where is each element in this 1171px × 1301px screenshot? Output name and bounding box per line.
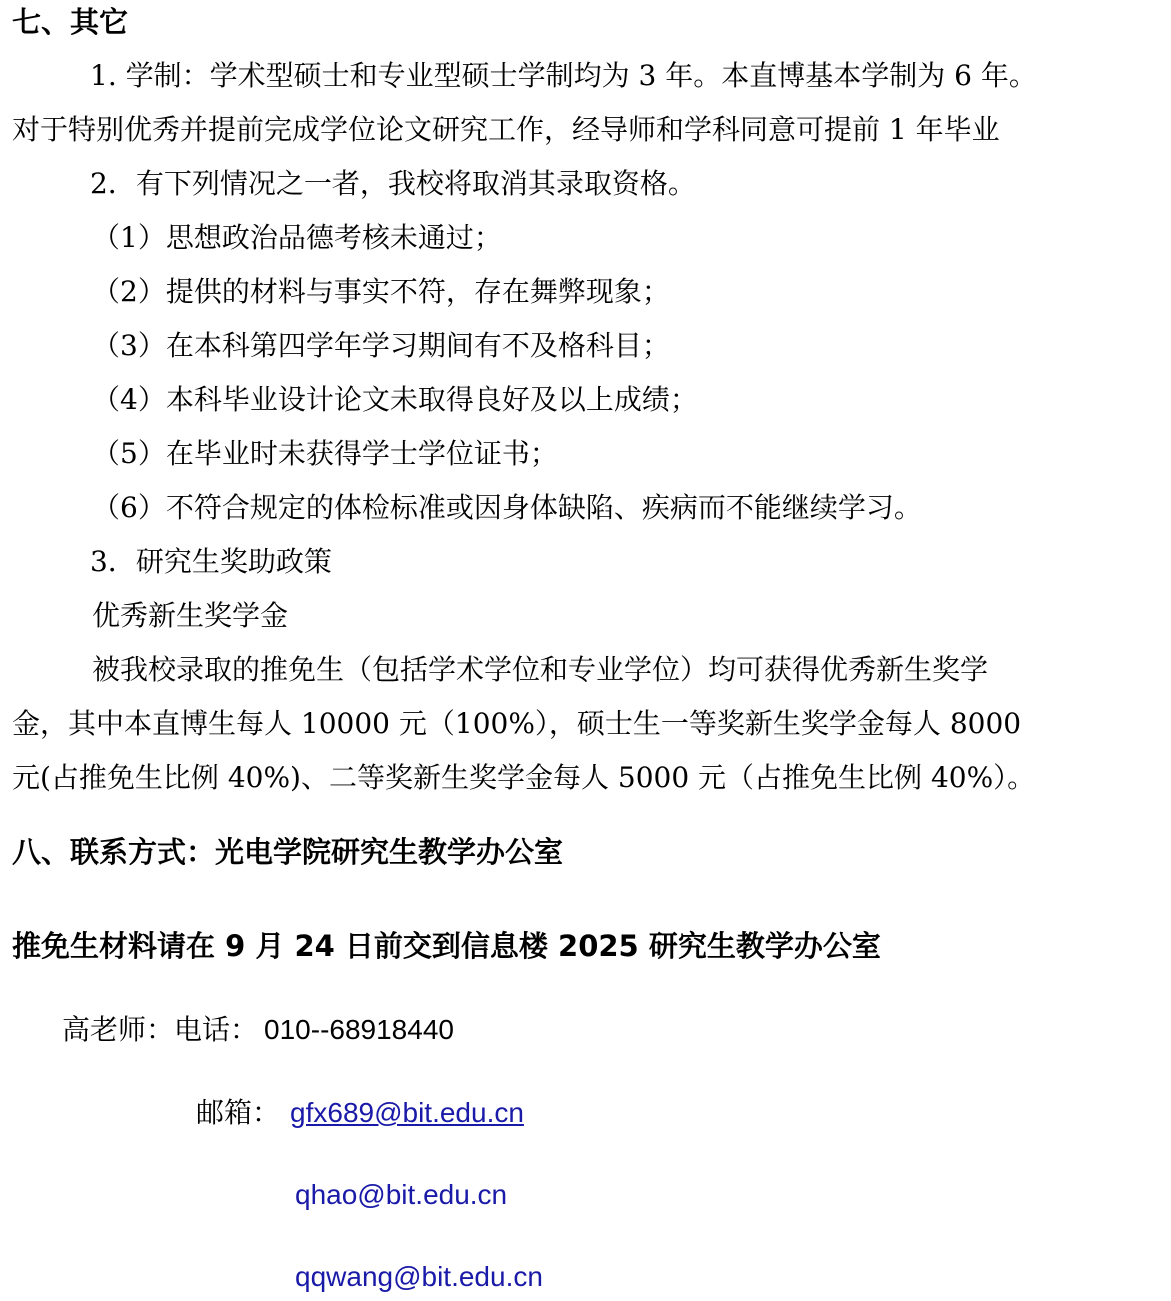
- item-1-line-1: 1. 学制：学术型硕士和专业型硕士学制均为 3 年。本直博基本学制为 6 年。: [90, 56, 1037, 96]
- item-3-title: 3．研究生奖助政策: [90, 542, 332, 582]
- contact-email-row: 邮箱：gfx689@bit.edu.cn: [196, 1093, 524, 1133]
- condition-1: （1）思想政治品德考核未通过；: [92, 218, 502, 258]
- scholarship-para-line-1: 被我校录取的推免生（包括学术学位和专业学位）均可获得优秀新生奖学: [92, 650, 988, 690]
- item-2-title: 2．有下列情况之一者，我校将取消其录取资格。: [90, 164, 696, 204]
- scholarship-para-line-3: 元(占推免生比例 40%)、二等奖新生奖学金每人 5000 元（占推免生比例 4…: [12, 758, 1035, 798]
- condition-2: （2）提供的材料与事实不符，存在舞弊现象；: [92, 272, 670, 312]
- submission-notice: 推免生材料请在 9 月 24 日前交到信息楼 2025 研究生教学办公室: [12, 926, 881, 966]
- email-row-3: qqwang@bit.edu.cn: [295, 1257, 543, 1297]
- email-row-2: qhao@bit.edu.cn: [295, 1175, 507, 1215]
- item-3-subtitle: 优秀新生奖学金: [92, 596, 288, 636]
- section-8-heading: 八、联系方式：光电学院研究生教学办公室: [12, 832, 563, 872]
- condition-3: （3）在本科第四学年学习期间有不及格科目；: [92, 326, 670, 366]
- condition-4: （4）本科毕业设计论文未取得良好及以上成绩；: [92, 380, 698, 420]
- condition-5: （5）在毕业时未获得学士学位证书；: [92, 434, 558, 474]
- phone-label: 电话：: [174, 1013, 258, 1046]
- email-label: 邮箱：: [196, 1096, 280, 1129]
- scholarship-para-line-2: 金，其中本直博生每人 10000 元（100%），硕士生一等奖新生奖学金每人 8…: [12, 704, 1021, 744]
- section-7-heading: 七、其它: [12, 2, 128, 42]
- email-link-qhao[interactable]: qhao@bit.edu.cn: [295, 1179, 507, 1210]
- email-link-gfx689[interactable]: gfx689@bit.edu.cn: [290, 1097, 524, 1128]
- email-link-qqwang[interactable]: qqwang@bit.edu.cn: [295, 1261, 543, 1292]
- contact-phone-row: 高老师：电话：010--68918440: [62, 1010, 454, 1050]
- phone-number: 010--68918440: [264, 1014, 454, 1045]
- condition-6: （6）不符合规定的体检标准或因身体缺陷、疾病而不能继续学习。: [92, 488, 922, 528]
- item-1-line-2: 对于特别优秀并提前完成学位论文研究工作，经导师和学科同意可提前 1 年毕业: [12, 110, 1000, 150]
- teacher-label: 高老师：: [62, 1013, 174, 1046]
